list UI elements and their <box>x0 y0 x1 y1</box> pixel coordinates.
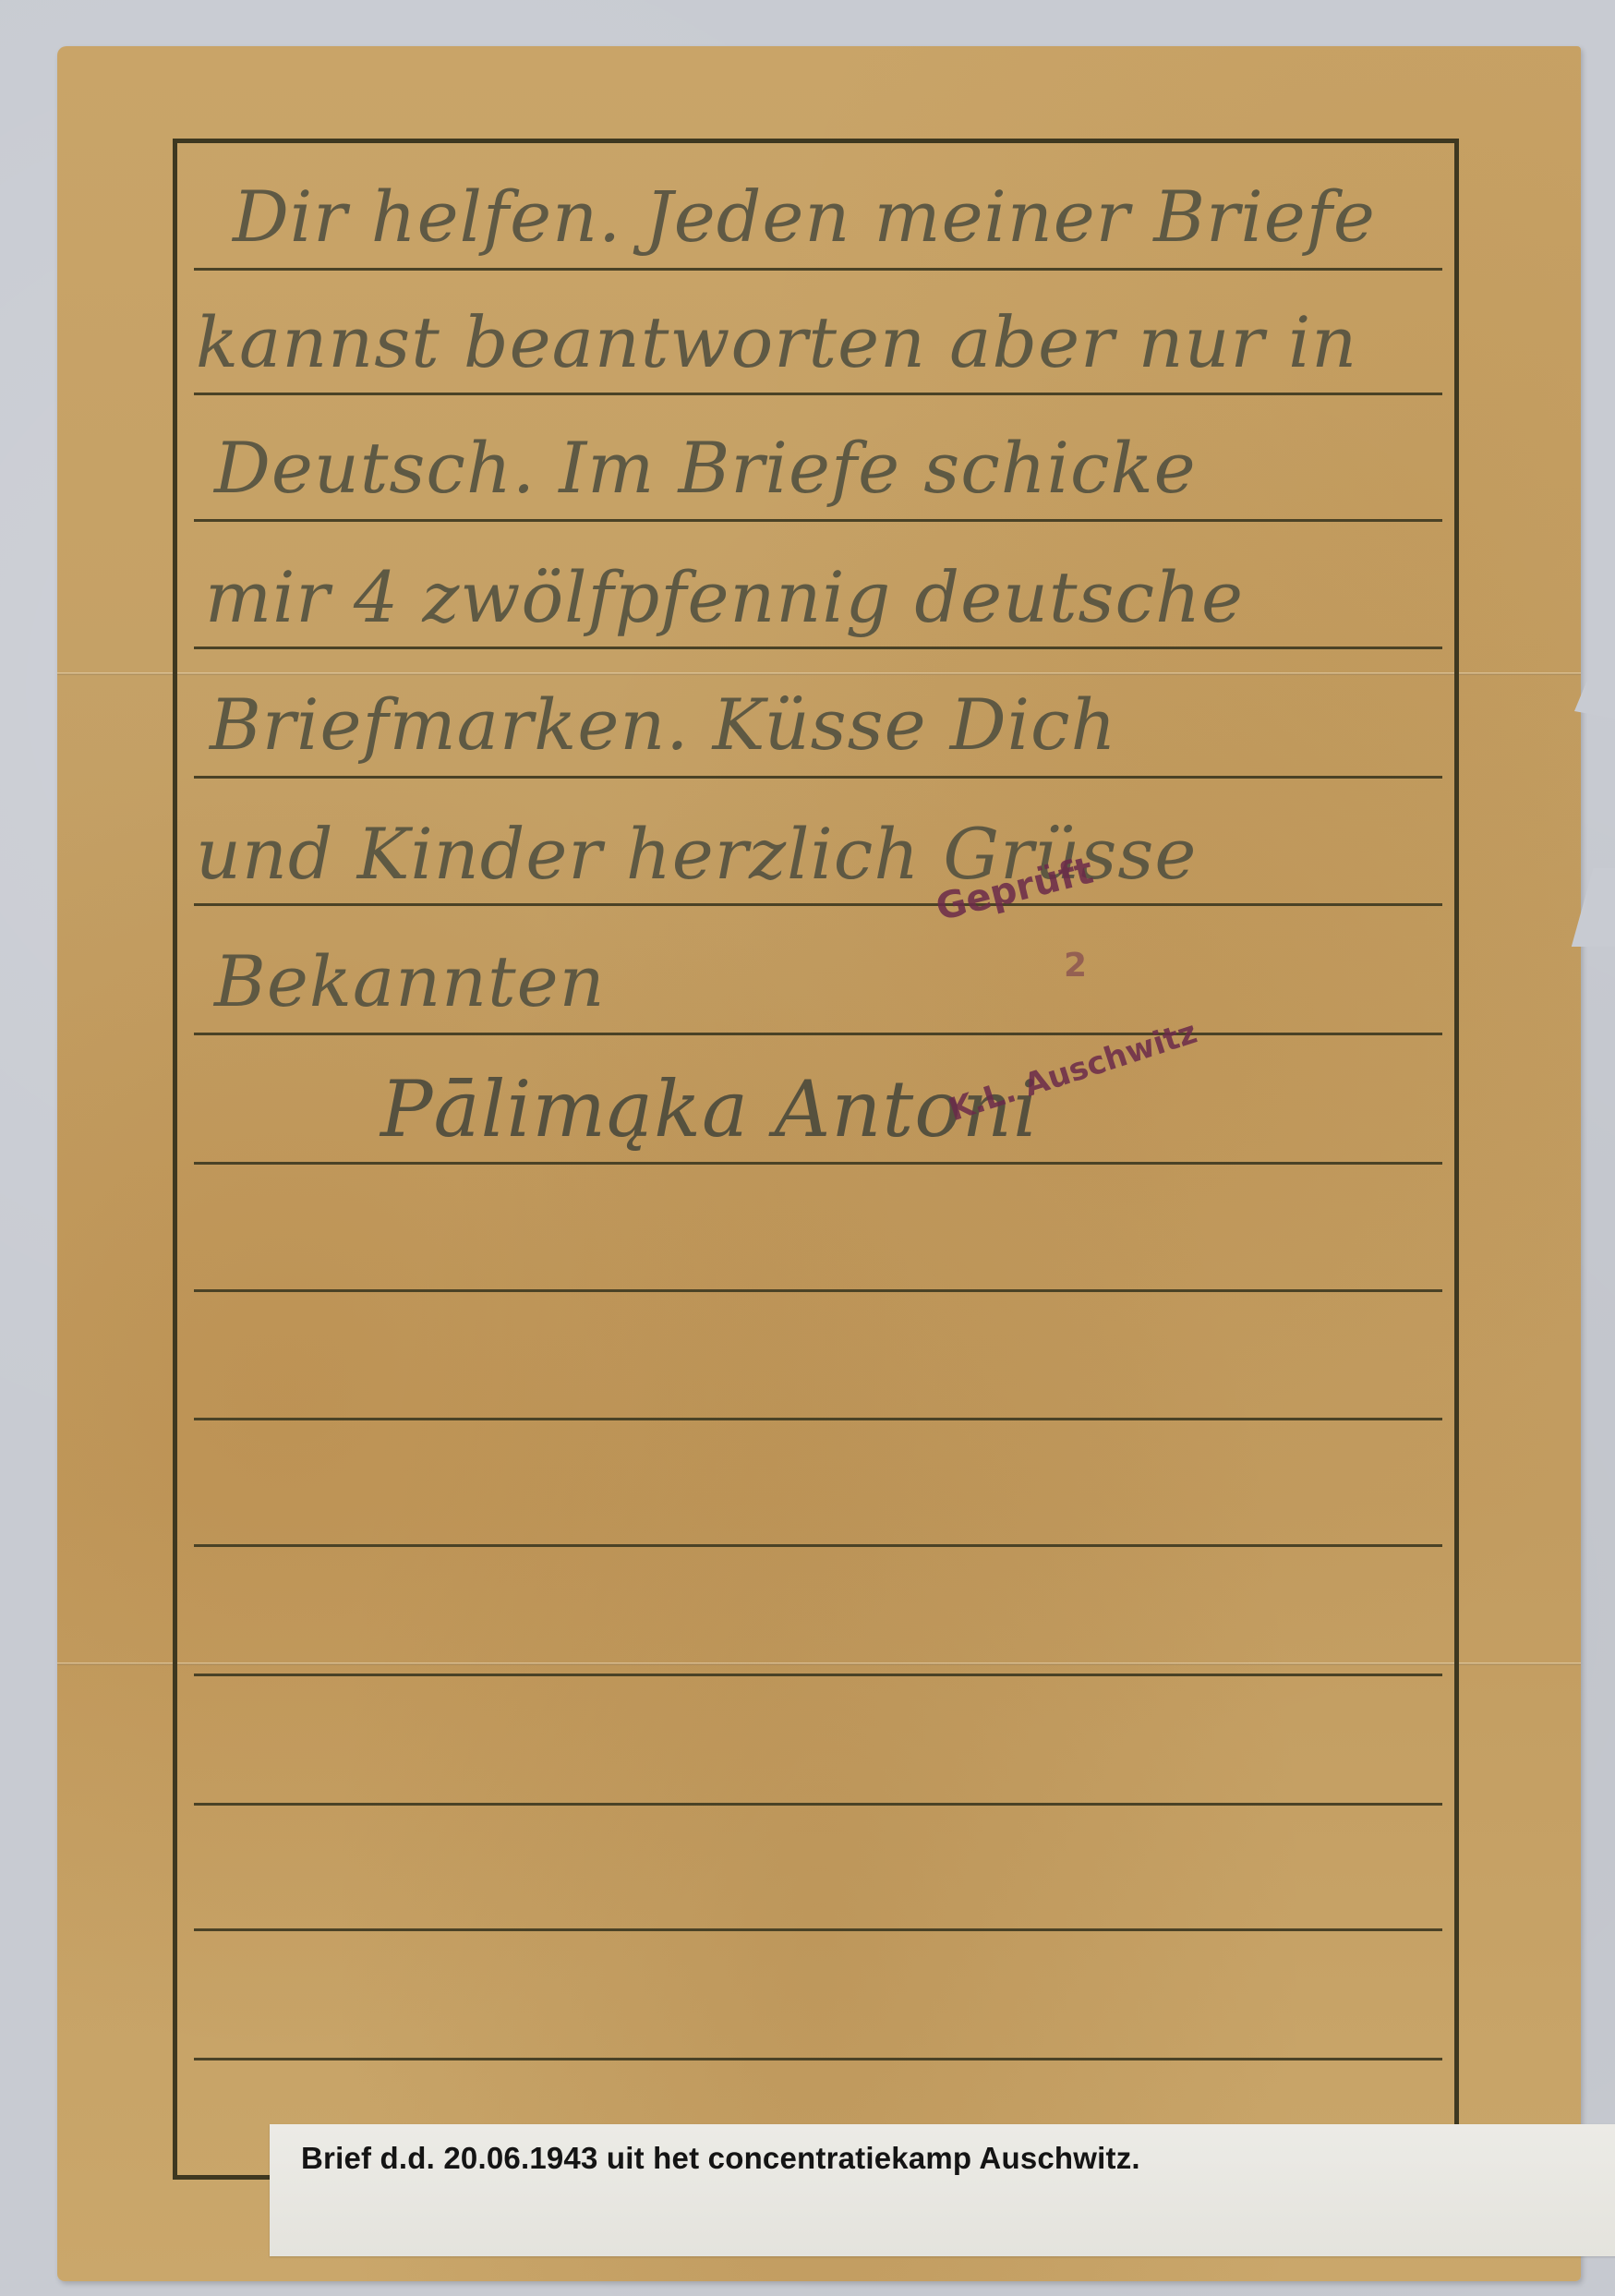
caption-text: Brief d.d. 20.06.1943 uit het concentrat… <box>301 2141 1140 2176</box>
signature: Pālimąka Antoni <box>380 1064 1039 1154</box>
ruled-line <box>194 268 1442 271</box>
ruled-line <box>194 647 1442 649</box>
censor-stamp-number: 2 <box>1064 947 1087 985</box>
ruled-line <box>194 1803 1442 1806</box>
ruled-line <box>194 776 1442 779</box>
letter-paper: Dir helfen. Jeden meiner Briefe kannst b… <box>57 46 1581 2281</box>
handwritten-line-5: Briefmarken. Küsse Dich <box>210 683 1117 766</box>
ruled-line <box>194 1418 1442 1420</box>
handwritten-line-3: Deutsch. Im Briefe schicke <box>214 427 1197 509</box>
handwritten-line-4: mir 4 zwölfpfennig deutsche <box>205 556 1244 638</box>
ruled-line <box>194 1674 1442 1676</box>
ruled-line <box>194 1033 1442 1035</box>
ruled-line <box>194 903 1442 906</box>
ruled-line <box>194 1544 1442 1547</box>
ruled-line <box>194 393 1442 395</box>
museum-caption-label: Brief d.d. 20.06.1943 uit het concentrat… <box>270 2124 1615 2256</box>
handwritten-line-2: kannst beantworten aber nur in <box>196 301 1357 383</box>
ruled-line <box>194 519 1442 522</box>
ruled-line <box>194 2058 1442 2060</box>
handwritten-line-7: Bekannten <box>214 940 606 1022</box>
ruled-line <box>194 1928 1442 1931</box>
ruled-line <box>194 1162 1442 1165</box>
handwritten-line-1: Dir helfen. Jeden meiner Briefe <box>233 175 1376 258</box>
ruled-line <box>194 1289 1442 1292</box>
